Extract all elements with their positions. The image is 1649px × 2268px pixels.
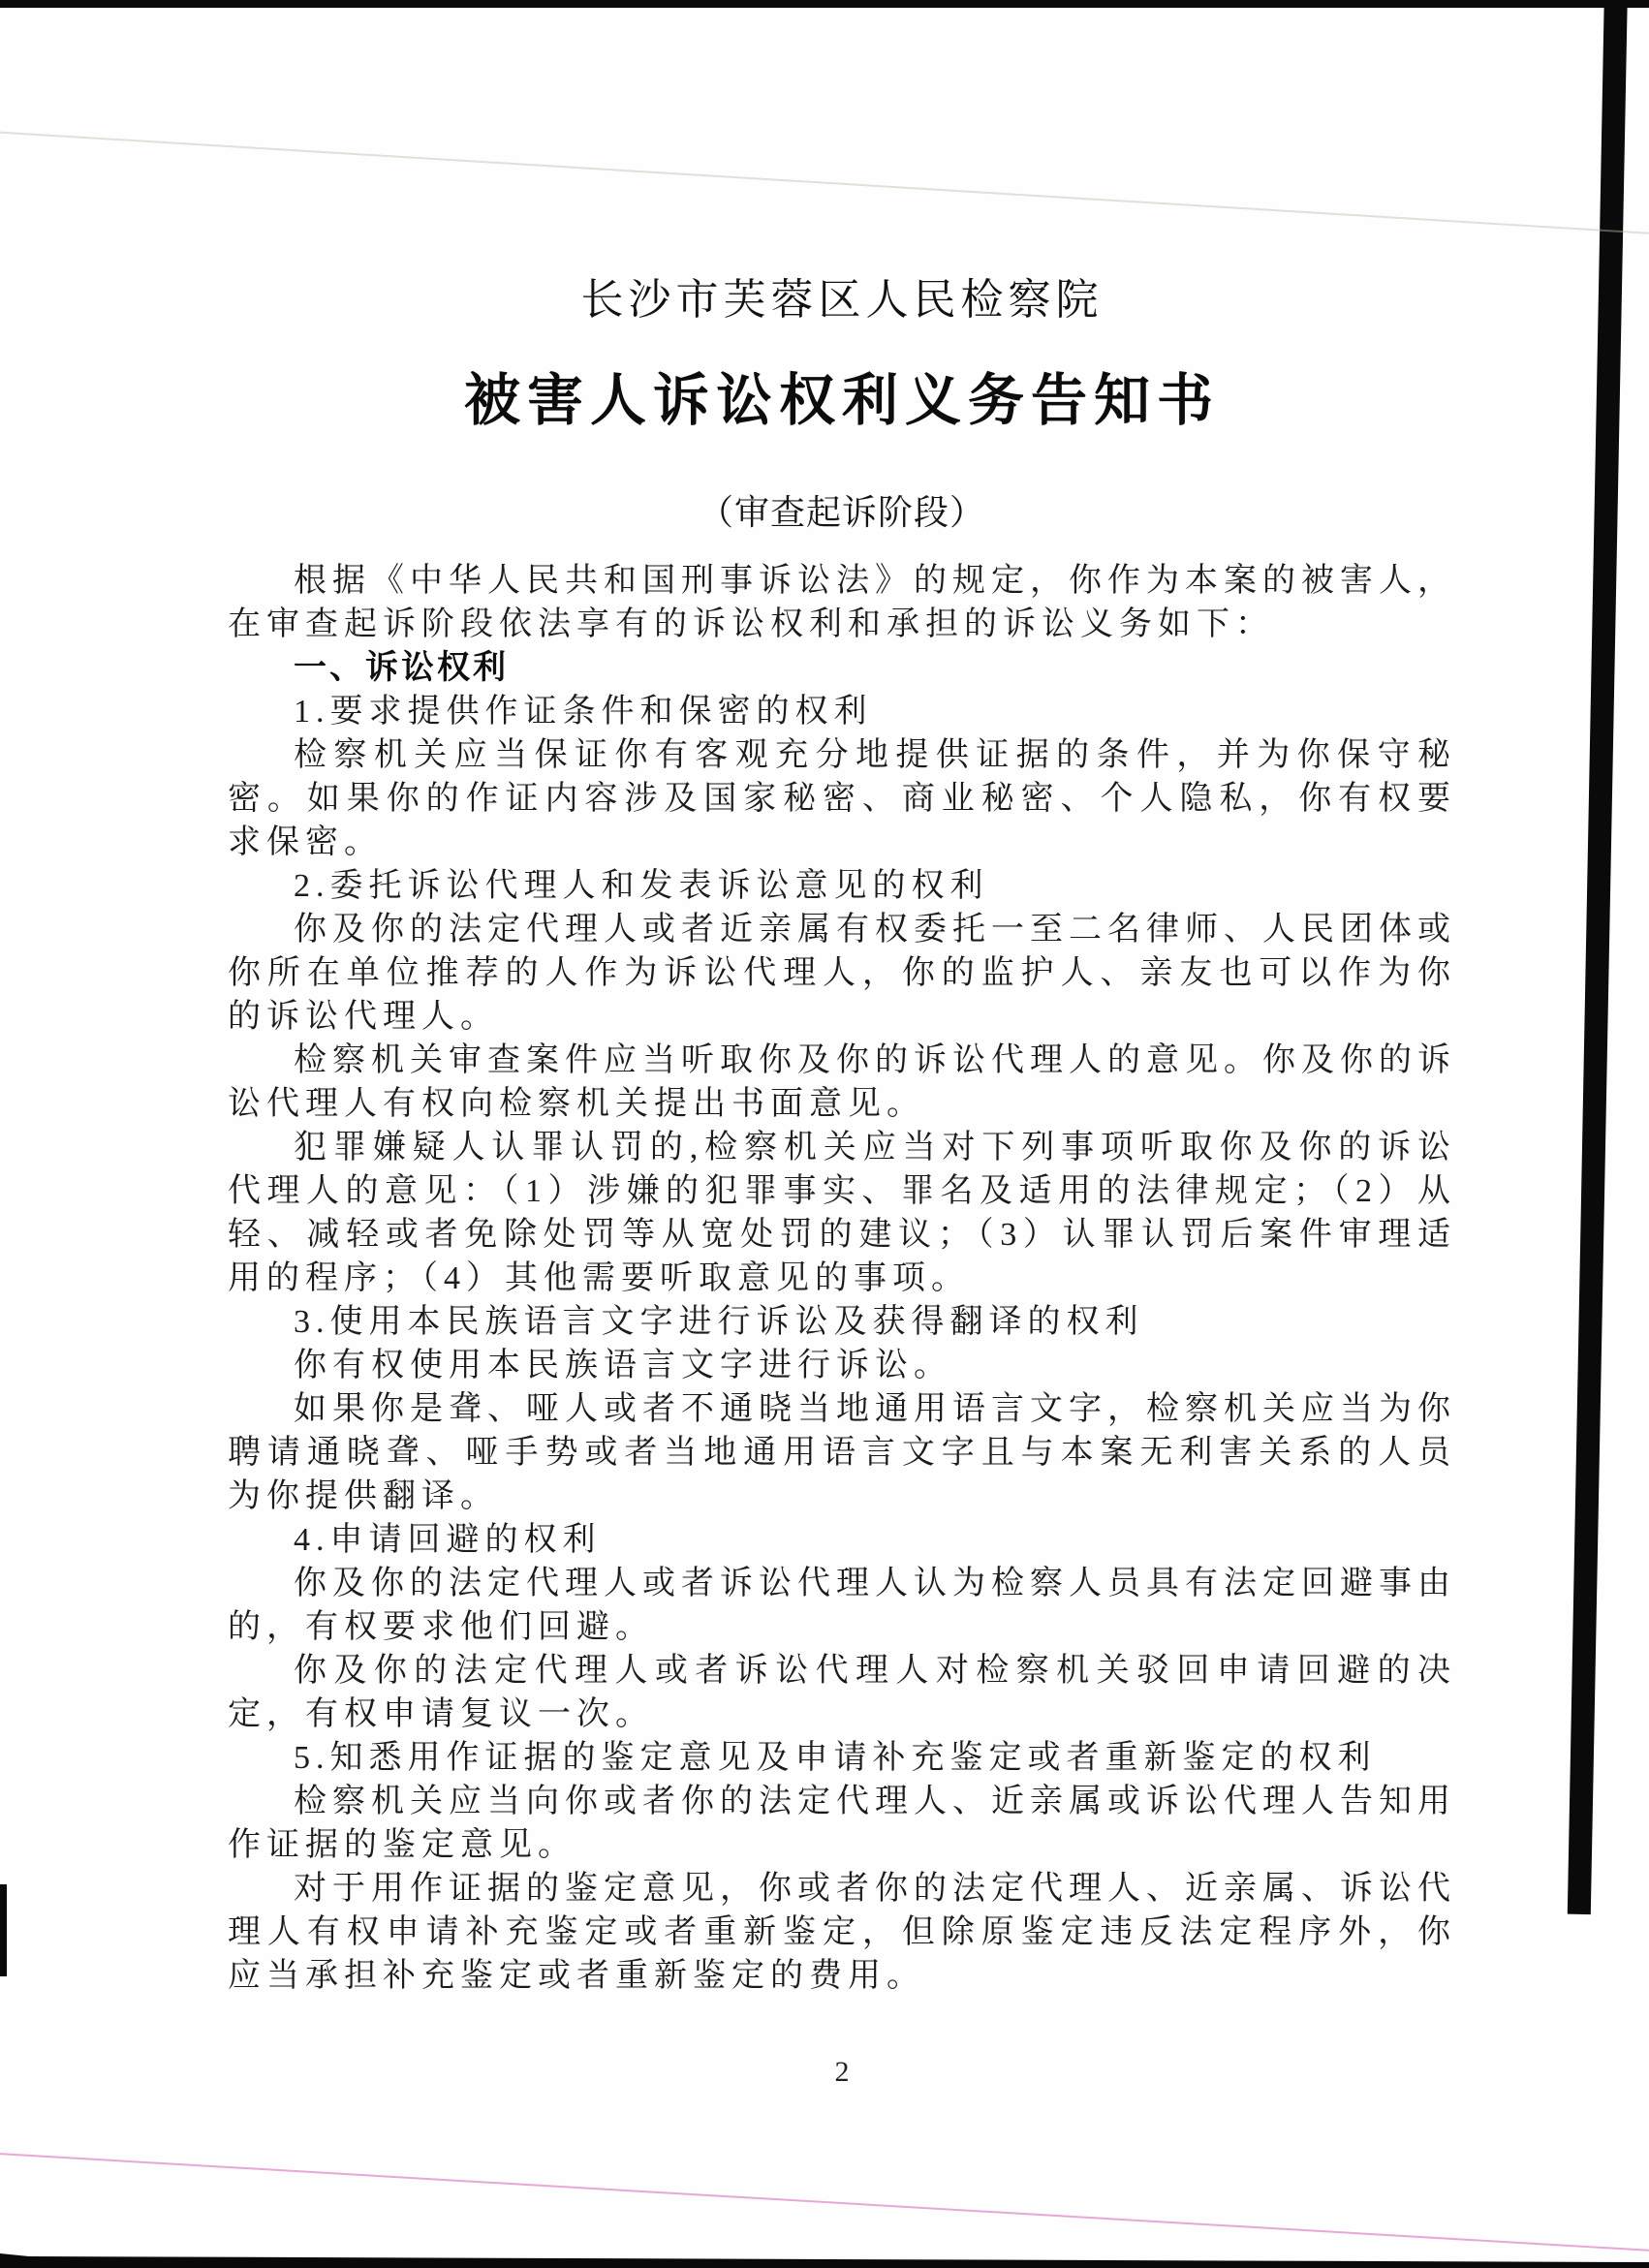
item-heading: 1.要求提供作证条件和保密的权利 <box>228 690 1456 733</box>
paragraph: 检察机关审查案件应当听取你及你的诉讼代理人的意见。你及你的诉讼代理人有权向检察机… <box>228 1039 1456 1126</box>
item-heading: 3.使用本民族语言文字进行诉讼及获得翻译的权利 <box>228 1300 1456 1344</box>
org-title: 长沙市芙蓉区人民检察院 <box>228 279 1456 322</box>
paragraph: 对于用作证据的鉴定意见，你或者你的法定代理人、近亲属、诉讼代理人有权申请补充鉴定… <box>228 1867 1456 1998</box>
crease-scan-line <box>0 131 1649 239</box>
item-heading: 2.委托诉讼代理人和发表诉讼意见的权利 <box>228 864 1456 908</box>
paragraph: 你及你的法定代理人或者诉讼代理人对检察机关驳回申请回避的决定，有权申请复议一次。 <box>228 1649 1456 1736</box>
left-scan-edge <box>0 1884 7 1976</box>
scanned-page: 长沙市芙蓉区人民检察院 被害人诉讼权利义务告知书 （审查起诉阶段） 根据《中华人… <box>0 0 1649 2268</box>
page-number: 2 <box>835 2056 850 2089</box>
item-heading: 5.知悉用作证据的鉴定意见及申请补充鉴定或者重新鉴定的权利 <box>228 1736 1456 1780</box>
paragraph: 你及你的法定代理人或者诉讼代理人认为检察人员具有法定回避事由的，有权要求他们回避… <box>228 1562 1456 1649</box>
paragraph: 检察机关应当向你或者你的法定代理人、近亲属或诉讼代理人告知用作证据的鉴定意见。 <box>228 1780 1456 1867</box>
paragraph: 你及你的法定代理人或者近亲属有权委托一至二名律师、人民团体或你所在单位推荐的人作… <box>228 908 1456 1039</box>
document-body: 根据《中华人民共和国刑事诉讼法》的规定，你作为本案的被害人，在审查起诉阶段依法享… <box>228 559 1456 1998</box>
bottom-scan-edge <box>0 2242 1649 2268</box>
paragraph: 你有权使用本民族语言文字进行诉讼。 <box>228 1344 1456 1387</box>
stage-note: （审查起诉阶段） <box>228 495 1456 530</box>
document-content: 长沙市芙蓉区人民检察院 被害人诉讼权利义务告知书 （审查起诉阶段） 根据《中华人… <box>228 279 1456 1998</box>
pink-scan-line <box>0 2152 1649 2255</box>
paragraph: 检察机关应当保证你有客观充分地提供证据的条件，并为你保守秘密。如果你的作证内容涉… <box>228 733 1456 864</box>
item-heading: 4.申请回避的权利 <box>228 1518 1456 1562</box>
section-heading: 一、诉讼权利 <box>228 646 1456 690</box>
right-scan-edge <box>1568 0 1628 1914</box>
paragraph: 如果你是聋、哑人或者不通晓当地通用语言文字，检察机关应当为你聘请通晓聋、哑手势或… <box>228 1387 1456 1518</box>
paragraph: 根据《中华人民共和国刑事诉讼法》的规定，你作为本案的被害人，在审查起诉阶段依法享… <box>228 559 1456 646</box>
doc-title: 被害人诉讼权利义务告知书 <box>228 372 1456 431</box>
top-scan-edge <box>0 0 1649 8</box>
paragraph: 犯罪嫌疑人认罪认罚的,检察机关应当对下列事项听取你及你的诉讼代理人的意见：（1）… <box>228 1126 1456 1300</box>
